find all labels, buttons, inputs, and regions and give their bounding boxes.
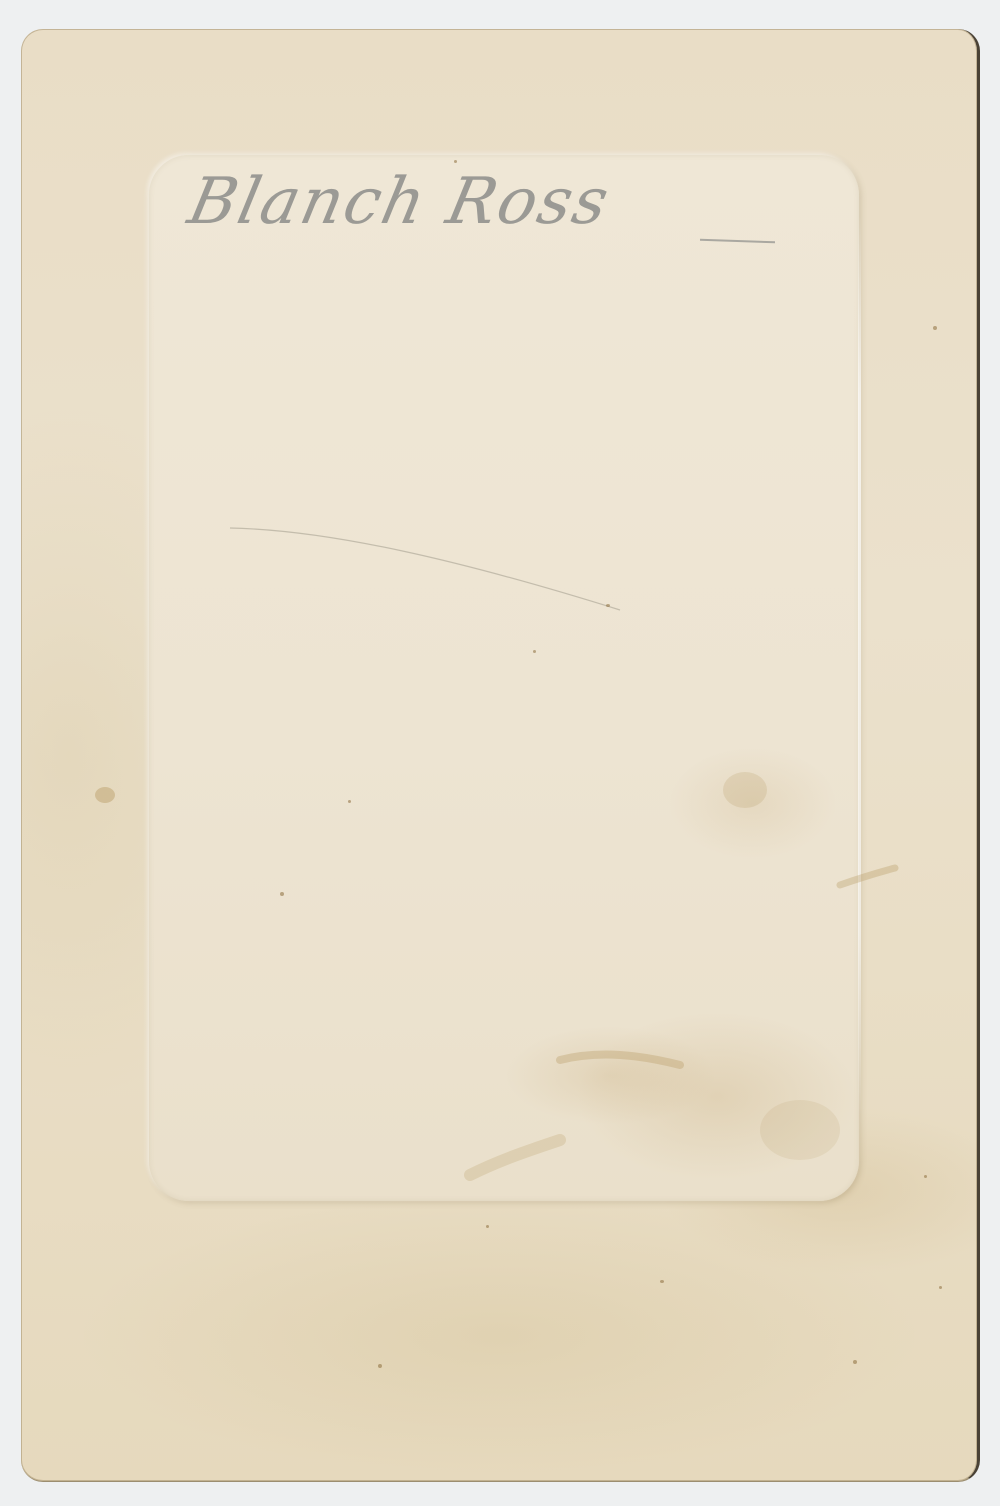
handwritten-inscription: Blanch Ross xyxy=(182,165,616,239)
foxing-spot xyxy=(660,1280,664,1283)
foxing-spot xyxy=(348,800,351,803)
embossed-inner-frame xyxy=(149,155,859,1201)
foxing-spot xyxy=(533,650,536,653)
foxing-spot xyxy=(933,326,937,330)
foxing-spot xyxy=(939,1286,942,1289)
photo-card-back xyxy=(21,29,980,1482)
foxing-spot xyxy=(486,1225,489,1228)
foxing-spot xyxy=(280,892,284,896)
foxing-spot xyxy=(924,1175,927,1178)
foxing-spot xyxy=(853,1360,857,1364)
foxing-spot xyxy=(378,1364,382,1368)
foxing-spot xyxy=(454,160,457,163)
foxing-spot xyxy=(606,604,610,607)
